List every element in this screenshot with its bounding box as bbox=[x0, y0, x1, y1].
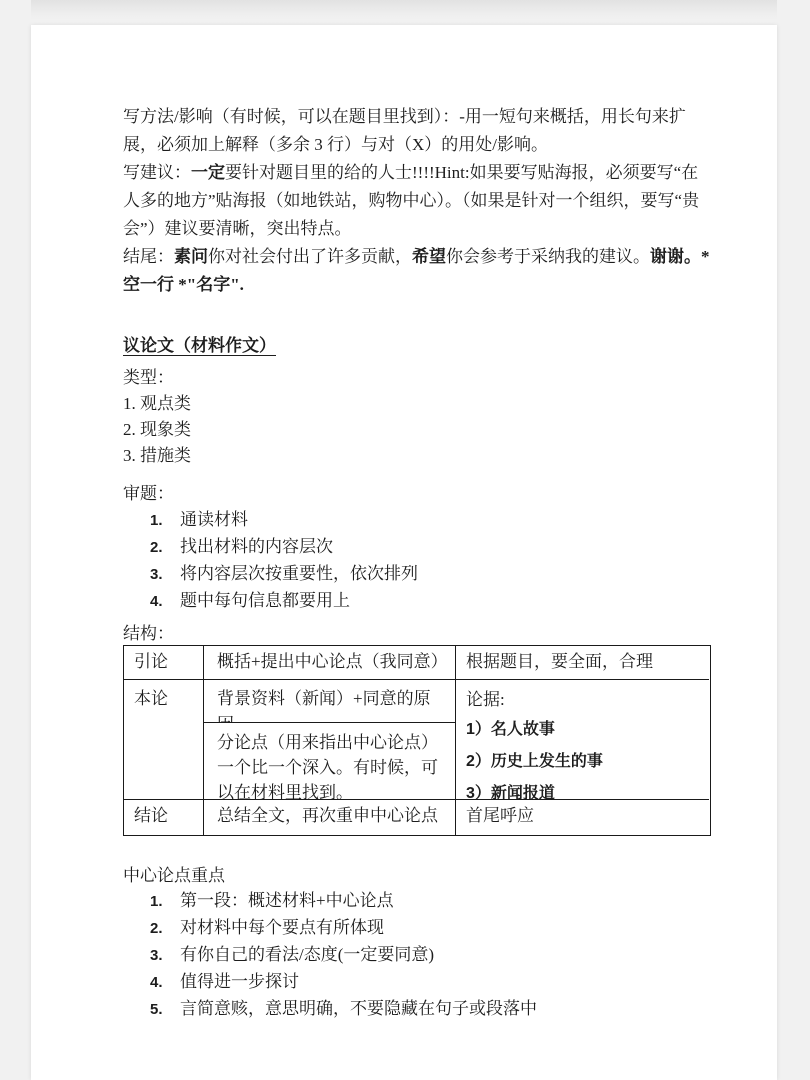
paragraph-ending: 结尾：素问你对社会付出了许多贡献，希望你会参考于采纳我的建议。谢谢。*空一行 *… bbox=[123, 243, 711, 299]
list-number: 4. bbox=[150, 969, 180, 996]
table-cell-intro-right: 根据题目，要全面，合理 bbox=[456, 646, 709, 680]
list-number: 3. bbox=[150, 561, 180, 588]
text-run: 结尾： bbox=[123, 247, 174, 266]
text-run-bold: 素问 bbox=[174, 247, 208, 266]
list-item: 3.有你自己的看法/态度(一定要同意) bbox=[123, 942, 711, 969]
evidence-item: 3）新闻报道 bbox=[466, 778, 699, 800]
list-item: 4.值得进一步探讨 bbox=[123, 969, 711, 996]
paragraph-writing-method: 写方法/影响（有时候，可以在题目里找到）：-用一短句来概括，用长句来扩展，必须加… bbox=[123, 103, 711, 159]
text-run-bold: 一定 bbox=[191, 163, 225, 182]
document-content: 写方法/影响（有时候，可以在题目里找到）：-用一短句来概括，用长句来扩展，必须加… bbox=[31, 25, 777, 1023]
table-cell-body-head: 本论 bbox=[124, 680, 204, 800]
list-number: 3. bbox=[150, 942, 180, 969]
list-text: 有你自己的看法/态度(一定要同意) bbox=[180, 942, 711, 969]
key-points-title: 中心论点重点 bbox=[123, 862, 711, 890]
list-item: 3.将内容层次按重要性，依次排列 bbox=[123, 561, 711, 588]
text-run: 写方法/影响（有时候，可以在题目里找到）：-用一短句来概括，用长句来扩展，必须加… bbox=[123, 107, 686, 154]
list-number: 1. bbox=[150, 507, 180, 534]
list-item: 1.第一段：概述材料+中心论点 bbox=[123, 888, 711, 915]
text-run: 你会参考于采纳我的建议。 bbox=[446, 247, 650, 266]
table-cell-evidence: 论据: 1）名人故事 2）历史上发生的事 3）新闻报道 bbox=[456, 680, 709, 800]
table-cell-body-middle-bottom: 分论点（用来指出中心论点）一个比一个深入。有时候，可以在材料里找到。 bbox=[204, 723, 456, 800]
review-label: 审题： bbox=[123, 481, 711, 507]
table-cell-intro-middle: 概括+提出中心论点（我同意） bbox=[204, 646, 456, 680]
list-text: 将内容层次按重要性，依次排列 bbox=[180, 561, 711, 588]
screenshot-root: { "window": { "background_color": "#f1f1… bbox=[0, 0, 810, 1080]
paragraph-writing-advice: 写建议：一定要针对题目里的给的人士!!!!Hint:如果要写贴海报，必须要写“在… bbox=[123, 159, 711, 243]
type-item-viewpoint: 1. 观点类 bbox=[123, 391, 711, 417]
list-text: 言简意赅，意思明确，不要隐藏在句子或段落中 bbox=[180, 996, 711, 1023]
list-item: 4.题中每句信息都要用上 bbox=[123, 588, 711, 615]
evidence-item: 2）历史上发生的事 bbox=[466, 746, 699, 778]
list-item: 2.找出材料的内容层次 bbox=[123, 534, 711, 561]
evidence-item: 1）名人故事 bbox=[466, 714, 699, 746]
type-item-measures: 3. 措施类 bbox=[123, 443, 711, 469]
section-heading-essay: 议论文（材料作文） bbox=[123, 331, 711, 361]
types-label: 类型： bbox=[123, 365, 711, 391]
list-item: 2.对材料中每个要点有所体现 bbox=[123, 915, 711, 942]
list-text: 通读材料 bbox=[180, 507, 711, 534]
table-cell-conclusion-right: 首尾呼应 bbox=[456, 800, 709, 835]
list-text: 对材料中每个要点有所体现 bbox=[180, 915, 711, 942]
list-text: 题中每句信息都要用上 bbox=[180, 588, 711, 615]
list-text: 值得进一步探讨 bbox=[180, 969, 711, 996]
list-number: 1. bbox=[150, 888, 180, 915]
list-item: 5.言简意赅，意思明确，不要隐藏在句子或段落中 bbox=[123, 996, 711, 1023]
table-cell-conclusion-middle: 总结全文，再次重申中心论点 bbox=[204, 800, 456, 835]
list-number: 2. bbox=[150, 534, 180, 561]
structure-label: 结构： bbox=[123, 623, 711, 645]
list-text: 第一段：概述材料+中心论点 bbox=[180, 888, 711, 915]
list-item: 1.通读材料 bbox=[123, 507, 711, 534]
document-page: 写方法/影响（有时候，可以在题目里找到）：-用一短句来概括，用长句来扩展，必须加… bbox=[31, 25, 777, 1080]
table-cell-conclusion-head: 结论 bbox=[124, 800, 204, 835]
list-number: 5. bbox=[150, 996, 180, 1023]
structure-table: 引论 概括+提出中心论点（我同意） 根据题目，要全面，合理 本论 背景资料（新闻… bbox=[123, 645, 711, 836]
review-list: 1.通读材料 2.找出材料的内容层次 3.将内容层次按重要性，依次排列 4.题中… bbox=[123, 507, 711, 615]
key-points-list: 1.第一段：概述材料+中心论点 2.对材料中每个要点有所体现 3.有你自己的看法… bbox=[123, 888, 711, 1023]
list-number: 2. bbox=[150, 915, 180, 942]
text-run-bold: 谢谢。 bbox=[650, 247, 701, 266]
table-cell-body-middle-top: 背景资料（新闻）+同意的原因 bbox=[204, 680, 456, 723]
viewer-top-gutter bbox=[31, 0, 777, 25]
list-text: 找出材料的内容层次 bbox=[180, 534, 711, 561]
type-item-phenomenon: 2. 现象类 bbox=[123, 417, 711, 443]
table-cell-intro-head: 引论 bbox=[124, 646, 204, 680]
text-run: 你对社会付出了许多贡献， bbox=[208, 247, 412, 266]
text-run: 写建议： bbox=[123, 163, 191, 182]
list-number: 4. bbox=[150, 588, 180, 615]
text-run-bold: 希望 bbox=[412, 247, 446, 266]
evidence-label: 论据: bbox=[466, 686, 699, 714]
